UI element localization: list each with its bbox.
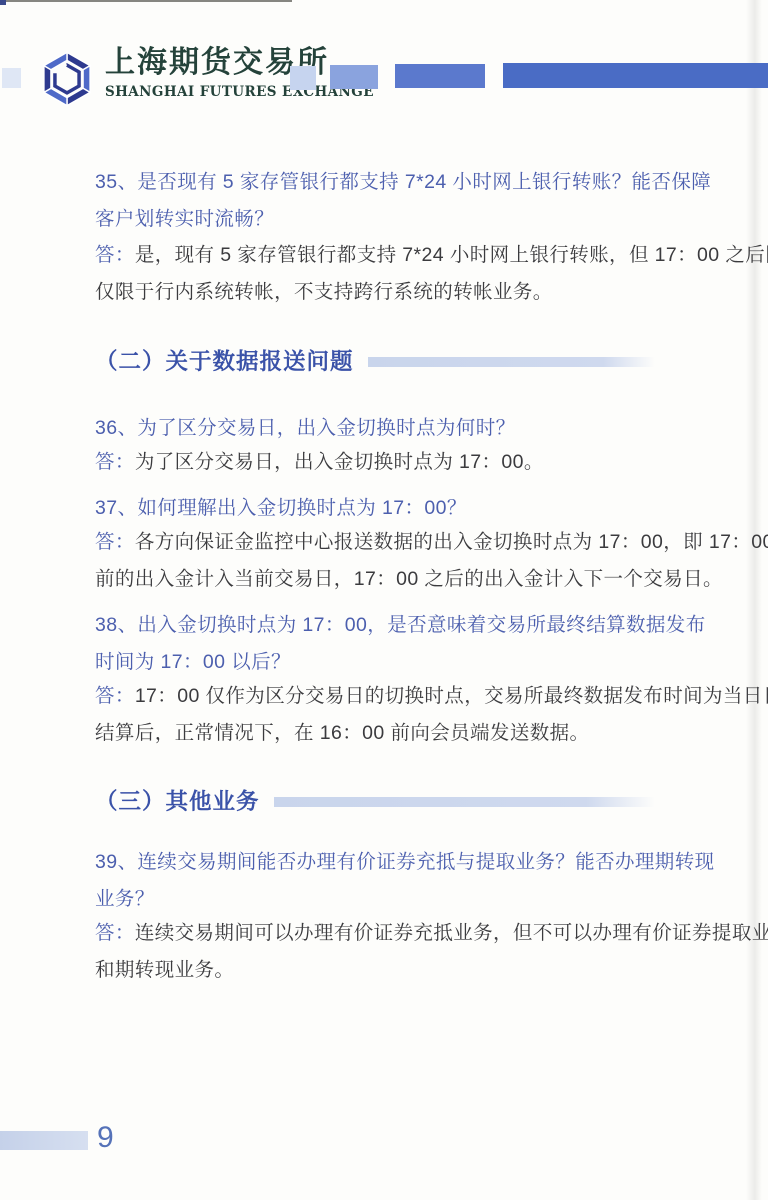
- answer-39-line-1: 答：连续交易期间可以办理有价证券充抵业务，但不可以办理有价证券提取业务: [95, 915, 703, 952]
- section-3-deco-bar: [274, 797, 655, 807]
- footer-deco-bar: [0, 1131, 88, 1150]
- answer-39-line-2: 和期转现业务。: [95, 952, 703, 989]
- question-38-line-2: 时间为 17：00 以后？: [95, 644, 703, 681]
- answer-38-text-1: 17：00 仅作为区分交易日的切换时点，交易所最终数据发布时间为当日日盘: [135, 685, 768, 707]
- header-deco-square-1: [290, 66, 316, 90]
- header-deco-bar: [503, 63, 768, 88]
- question-35-line-2: 客户划转实时流畅？: [95, 201, 703, 238]
- question-39-line-2: 业务？: [95, 881, 703, 918]
- answer-prefix: 答：: [95, 685, 135, 707]
- answer-38-line-1: 答：17：00 仅作为区分交易日的切换时点，交易所最终数据发布时间为当日日盘: [95, 678, 703, 715]
- header-deco-square-2: [330, 65, 378, 89]
- question-36-line-1: 36、为了区分交易日，出入金切换时点为何时？: [95, 410, 703, 447]
- section-3-header: （三）其他业务: [95, 784, 655, 816]
- scan-edge-artifact: [0, 0, 292, 2]
- answer-37-line-2: 前的出入金计入当前交易日，17：00 之后的出入金计入下一个交易日。: [95, 561, 703, 598]
- page-number: 9: [97, 1121, 114, 1155]
- answer-39-text-1: 连续交易期间可以办理有价证券充抵业务，但不可以办理有价证券提取业务: [135, 922, 768, 944]
- section-2-title: （二）关于数据报送问题: [95, 344, 354, 376]
- answer-prefix: 答：: [95, 922, 135, 944]
- question-39-line-1: 39、连续交易期间能否办理有价证券充抵与提取业务？能否办理期转现: [95, 844, 703, 881]
- section-2-deco-bar: [368, 357, 655, 367]
- answer-37-text-1: 各方向保证金监控中心报送数据的出入金切换时点为 17：00，即 17：00 之: [135, 531, 768, 553]
- answer-37-line-1: 答：各方向保证金监控中心报送数据的出入金切换时点为 17：00，即 17：00 …: [95, 524, 703, 561]
- shfe-hexagon-logo-icon: [38, 48, 96, 110]
- document-page: 上海期货交易所 SHANGHAI FUTURES EXCHANGE 35、是否现…: [0, 0, 768, 1200]
- answer-prefix: 答：: [95, 451, 135, 473]
- answer-35-line-1: 答：是，现有 5 家存管银行都支持 7*24 小时网上银行转账，但 17：00 …: [95, 237, 703, 274]
- section-3-title: （三）其他业务: [95, 784, 260, 816]
- answer-prefix: 答：: [95, 244, 135, 266]
- answer-prefix: 答：: [95, 531, 135, 553]
- scan-right-shadow: [746, 0, 762, 1200]
- scan-corner-artifact: [0, 0, 6, 5]
- answer-35-text-1: 是，现有 5 家存管银行都支持 7*24 小时网上银行转账，但 17：00 之后…: [135, 244, 768, 266]
- question-38-line-1: 38、出入金切换时点为 17：00，是否意味着交易所最终结算数据发布: [95, 607, 703, 644]
- answer-36-text-1: 为了区分交易日，出入金切换时点为 17：00。: [135, 451, 544, 473]
- answer-38-line-2: 结算后，正常情况下，在 16：00 前向会员端发送数据。: [95, 715, 703, 752]
- section-2-header: （二）关于数据报送问题: [95, 344, 655, 376]
- page-header: 上海期货交易所 SHANGHAI FUTURES EXCHANGE: [0, 46, 768, 116]
- question-37-line-1: 37、如何理解出入金切换时点为 17：00？: [95, 490, 703, 527]
- answer-35-line-2: 仅限于行内系统转帐，不支持跨行系统的转帐业务。: [95, 274, 703, 311]
- answer-36-line-1: 答：为了区分交易日，出入金切换时点为 17：00。: [95, 444, 703, 481]
- header-deco-square-3: [395, 64, 485, 88]
- header-deco-square-faint: [2, 68, 21, 88]
- question-35-line-1: 35、是否现有 5 家存管银行都支持 7*24 小时网上银行转账？能否保障: [95, 164, 703, 201]
